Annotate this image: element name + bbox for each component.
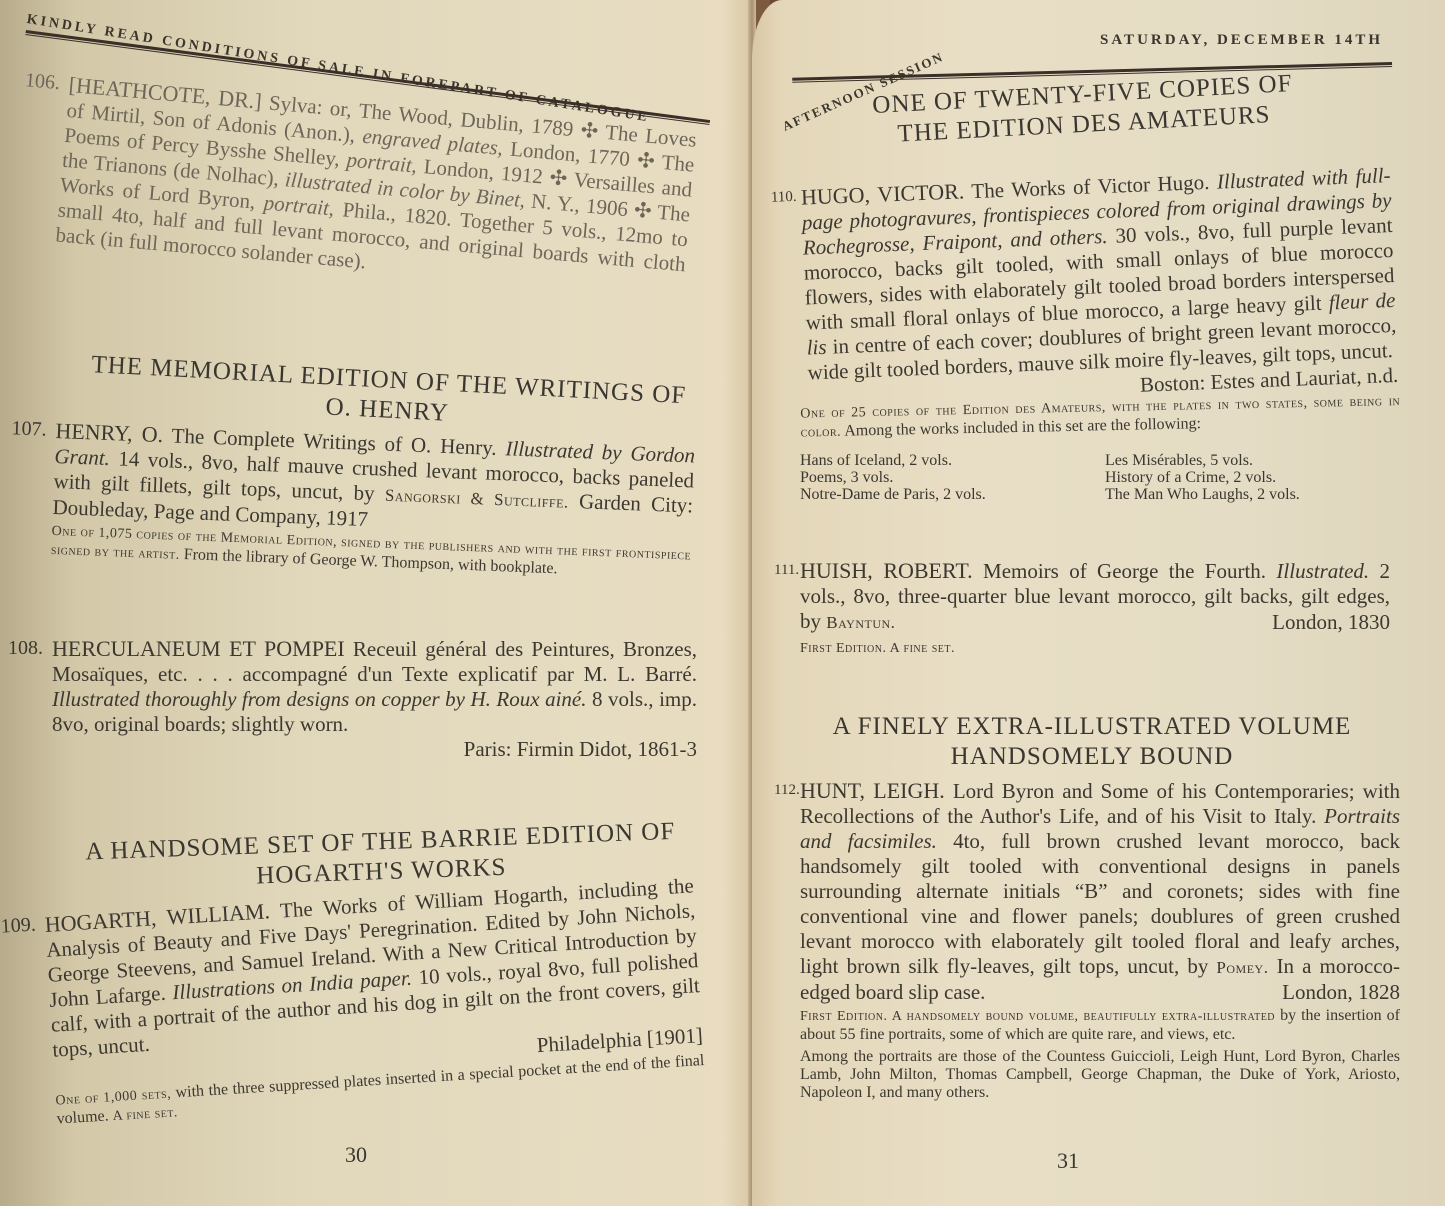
lot-107: 107. HENRY, O. The Complete Writings of … <box>51 418 696 584</box>
page-number-right: 31 <box>1057 1148 1079 1174</box>
binder-name: Bayntun. <box>826 613 895 632</box>
lot-note: First Edition. A handsomely bound volume… <box>800 1007 1400 1044</box>
section-heading-hugo: One of Twenty-Five Copies of the Edition… <box>852 68 1315 152</box>
lot-italic: Illustrated thoroughly from designs on c… <box>52 687 587 711</box>
open-catalogue-spread: Kindly read conditions of sale in forepa… <box>0 0 1445 1206</box>
work-item: Poems, 3 vols. <box>800 469 1095 486</box>
lot-112: 112. HUNT, LEIGH. Lord Byron and Some of… <box>800 778 1400 1102</box>
work-item: Les Misérables, 5 vols. <box>1105 452 1400 469</box>
binder-name: Sangorski & Sutcliffe. <box>385 486 570 512</box>
lot-111: 111. HUISH, ROBERT. Memoirs of George th… <box>800 558 1390 658</box>
lot-note-portraits: Among the portraits are those of the Cou… <box>800 1048 1400 1102</box>
lot-108: 108. HERCULANEUM ET POMPEI Receuil génér… <box>52 636 697 762</box>
lot-number: 108. <box>8 636 43 661</box>
lot-110: 110. HUGO, VICTOR. The Works of Victor H… <box>800 162 1398 410</box>
note-smallcaps: A fine set. <box>112 1105 178 1124</box>
section-heading-hunt: A Finely Extra-Illustrated Volume Handso… <box>822 712 1362 772</box>
page-number-left: 30 <box>345 1142 367 1168</box>
work-item: Hans of Iceland, 2 vols. <box>800 452 1095 469</box>
left-page: Kindly read conditions of sale in forepa… <box>0 0 752 1206</box>
lot-number: 106. <box>24 68 61 96</box>
note-smallcaps: One of 1,000 sets, <box>55 1087 171 1109</box>
note-smallcaps: First Edition. A fine set. <box>800 641 955 656</box>
work-item: Notre-Dame de Paris, 2 vols. <box>800 486 1095 503</box>
lot-name: HUNT, LEIGH. <box>800 778 945 803</box>
lot-number: 111. <box>774 558 799 583</box>
work-item: The Man Who Laughs, 2 vols. <box>1105 486 1400 503</box>
works-column-right: Les Misérables, 5 vols. History of a Cri… <box>1105 452 1400 503</box>
right-page: Saturday, December 14th Afternoon Sessio… <box>752 0 1445 1206</box>
lot-name: HERCULANEUM ET POMPEI <box>52 636 345 661</box>
work-item: History of a Crime, 2 vols. <box>1105 469 1400 486</box>
note-smallcaps: First Edition. A handsomely bound volume… <box>800 1009 1275 1024</box>
lot-number: 112. <box>774 778 800 803</box>
running-head-right: Saturday, December 14th <box>1100 32 1383 49</box>
included-works-list: Hans of Iceland, 2 vols. Poems, 3 vols. … <box>800 452 1400 503</box>
binder-name: Pomey. <box>1216 958 1268 977</box>
lot-italic: Illustrated. <box>1276 559 1369 583</box>
lot-name: HUISH, ROBERT. <box>800 558 973 583</box>
lot-number: 110. <box>770 185 797 211</box>
works-column-left: Hans of Iceland, 2 vols. Poems, 3 vols. … <box>800 452 1095 503</box>
lot-imprint: Paris: Firmin Didot, 1861-3 <box>52 737 697 762</box>
lot-number: 107. <box>11 416 47 442</box>
lot-note: First Edition. A fine set. <box>800 639 1390 658</box>
lot-109: 109. HOGARTH, WILLIAM. The Works of Will… <box>44 872 706 1129</box>
lot-number: 109. <box>0 913 36 940</box>
lot-text: Memoirs of George the Fourth. <box>983 559 1266 583</box>
lot-note: One of 1,075 copies of the Memorial Edit… <box>51 522 692 585</box>
lot-name: HENRY, O. <box>55 418 164 447</box>
